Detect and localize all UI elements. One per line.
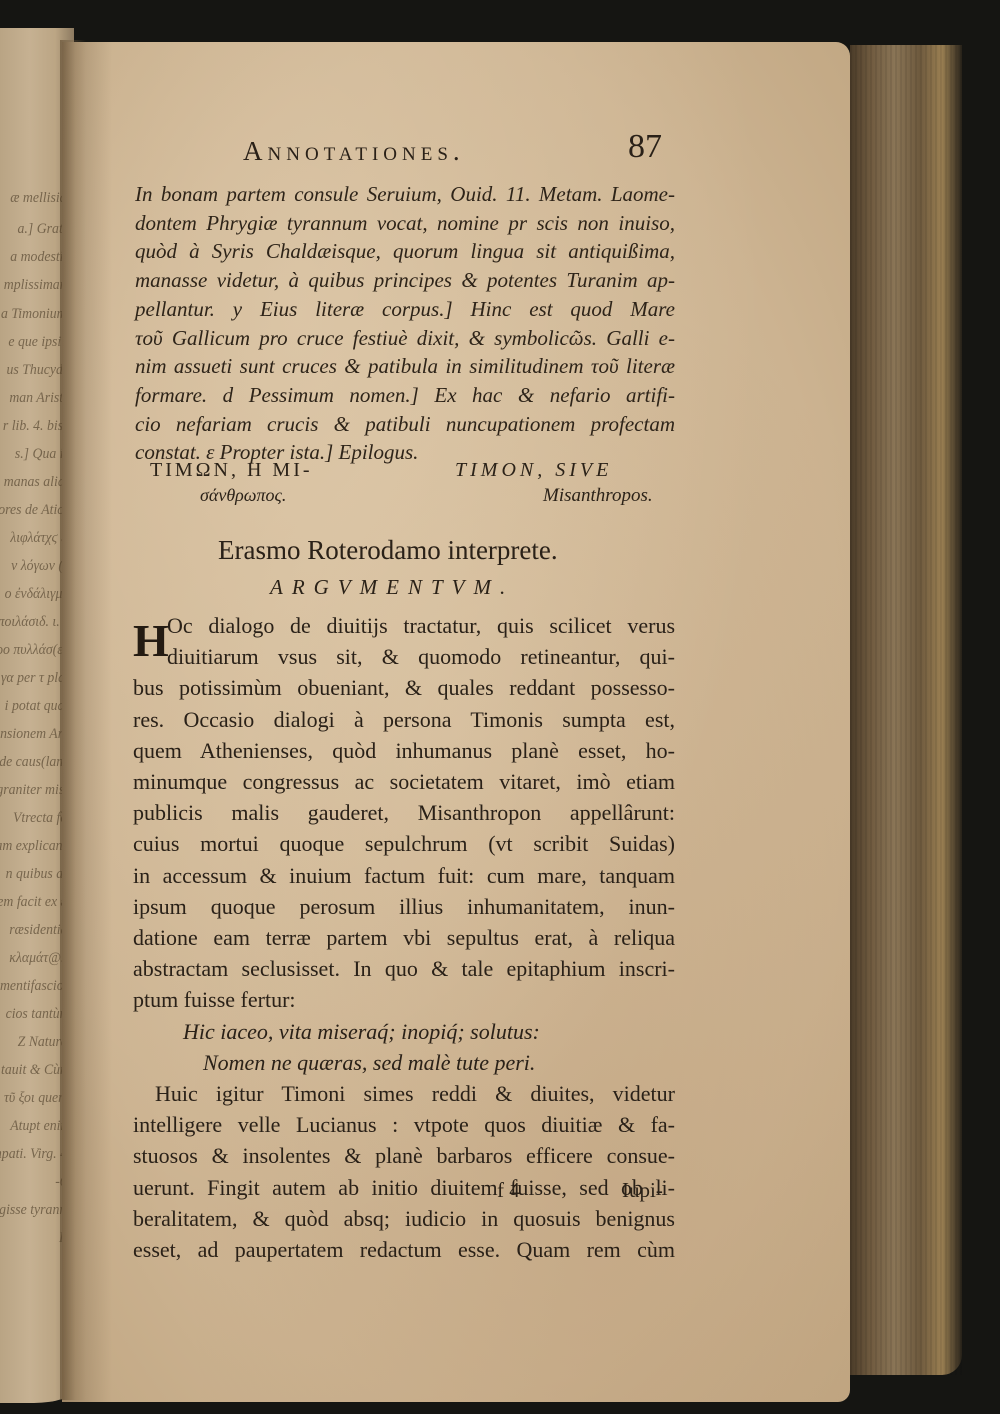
annotations-block: In bonam partem consule Seruium, Ouid. 1… [135,180,675,467]
body-line: datione eam terræ partem vbi sepultus er… [133,922,675,953]
body-line: esset, ad paupertatem redactum esse. Qua… [133,1234,675,1265]
annotation-line: cio nefariam crucis & patibuli nuncupati… [135,410,675,439]
argument-body: H Oc dialogo de diuitijs tractatur, quis… [133,610,675,1265]
page-number: 87 [628,128,662,166]
body-line: uerunt. Fingit autem ab initio diuitem f… [133,1172,675,1203]
book-photograph: æ mellisiâ. a.] Gratu a modestia mplissi… [0,0,1000,1414]
body-line: intelligere velle Lucianus : vtpote quos… [133,1109,675,1140]
body-line: bus potissimùm obueniant, & quales redda… [133,672,675,703]
greek-subtitle: σάνθρωπος. [200,485,286,506]
body-line: ptum fuisse fertur: [133,984,675,1015]
gutter-shadow [60,40,86,1400]
annotation-line: manasse videtur, à quibus principes & po… [135,266,675,295]
drop-cap: H [133,618,169,664]
body-line: abstractam seclusisset. In quo & tale ep… [133,953,675,984]
annotation-line: formare. d Pessimum nomen.] Ex hac & nef… [135,381,675,410]
body-line: beralitatem, & quòd absq; iudicio in quo… [133,1203,675,1234]
annotation-line: In bonam partem consule Seruium, Ouid. 1… [135,180,675,209]
body-line: Oc dialogo de diuitijs tractatur, quis s… [133,610,675,641]
body-line: minumque congressus ac societatem vitare… [133,766,675,797]
body-line: in accessum & inuium factum fuit: cum ma… [133,860,675,891]
body-line: diuitiarum vsus sit, & quomodo retineant… [133,641,675,672]
body-line: ipsum quoque perosum illius inhumanitate… [133,891,675,922]
epitaph-line: Hic iaceo, vita miseraq́; inopiq́; solut… [133,1016,675,1047]
body-line: cuius mortui quoque sepulchrum (vt scrib… [133,828,675,859]
greek-title: ΤΙΜΩΝ, Η ΜΙ- [150,459,313,482]
latin-subtitle: Misanthropos. [543,485,653,507]
latin-title: TIMON, SIVE [455,459,612,482]
translator-line: Erasmo Roterodamo interprete. [218,535,558,566]
body-line: res. Occasio dialogi à persona Timonis s… [133,704,675,735]
running-title: Annotationes. [243,136,465,167]
annotation-line: pellantur. y Eius literæ corpus.] Hinc e… [135,295,675,324]
body-line: quem Athenienses, quòd inhumanus planè e… [133,735,675,766]
body-line: Huic igitur Timoni simes reddi & diuites… [133,1078,675,1109]
body-line: publicis malis gauderet, Misanthropon ap… [133,797,675,828]
annotation-line: dontem Phrygiæ tyrannum vocat, nomine pr… [135,209,675,238]
book-fore-edge [850,45,962,1375]
annotation-line: nim assueti sunt cruces & patibula in si… [135,352,675,381]
annotation-line: τοῦ Gallicum pro cruce festiuè dixit, & … [135,324,675,353]
catchword: Iupi- [622,1178,663,1203]
body-line: stuosos & insolentes & planè barbaros ef… [133,1140,675,1171]
section-heading: ARGVMENTVM. [270,575,514,600]
signature-mark: f 4 [497,1178,520,1203]
annotation-line: quòd à Syris Chaldæisque, quorum lingua … [135,237,675,266]
epitaph-line: Nomen ne quæras, sed malè tute peri. [133,1047,675,1078]
